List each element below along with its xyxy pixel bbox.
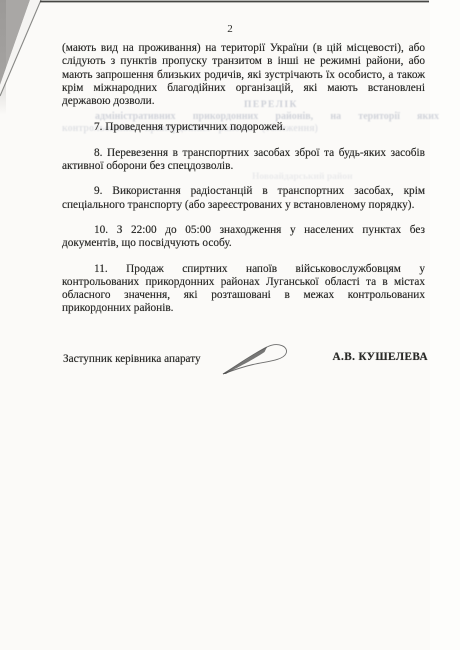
- corner-shadow-triangle: [0, 0, 30, 85]
- handwritten-signature: [220, 343, 292, 379]
- signatory-name: А.В. КУШЕЛЕВА: [333, 351, 428, 363]
- signature-main-stroke: [223, 347, 267, 374]
- signatory-position-title: Заступник керівника апарату: [63, 353, 201, 365]
- scanned-document-page: ПЕРЕЛІК адміністративних прикордонних ра…: [0, 0, 460, 650]
- paragraph-item-9: 9. Використання радіостанцій в транспорт…: [62, 185, 425, 212]
- left-edge-gray-strip: [0, 0, 6, 115]
- paragraph-continuation: (мають вид на проживання) на території У…: [62, 42, 425, 108]
- page-number: 2: [0, 23, 460, 35]
- fold-highlight-triangle: [0, 0, 41, 96]
- paragraph-item-10: 10. З 22:00 до 05:00 знаходження у насел…: [62, 224, 425, 251]
- scanner-background-strip: [430, 0, 460, 650]
- paragraph-item-7: 7. Проведення туристичних подорожей.: [62, 121, 425, 134]
- paragraph-item-8: 8. Перевезення в транспортних засобах зб…: [62, 147, 425, 174]
- document-body: (мають вид на проживання) на території У…: [62, 42, 425, 328]
- paragraph-item-11: 11. Продаж спиртних напоїв військовослуж…: [62, 263, 425, 316]
- fold-crease-line: [0, 0, 41, 96]
